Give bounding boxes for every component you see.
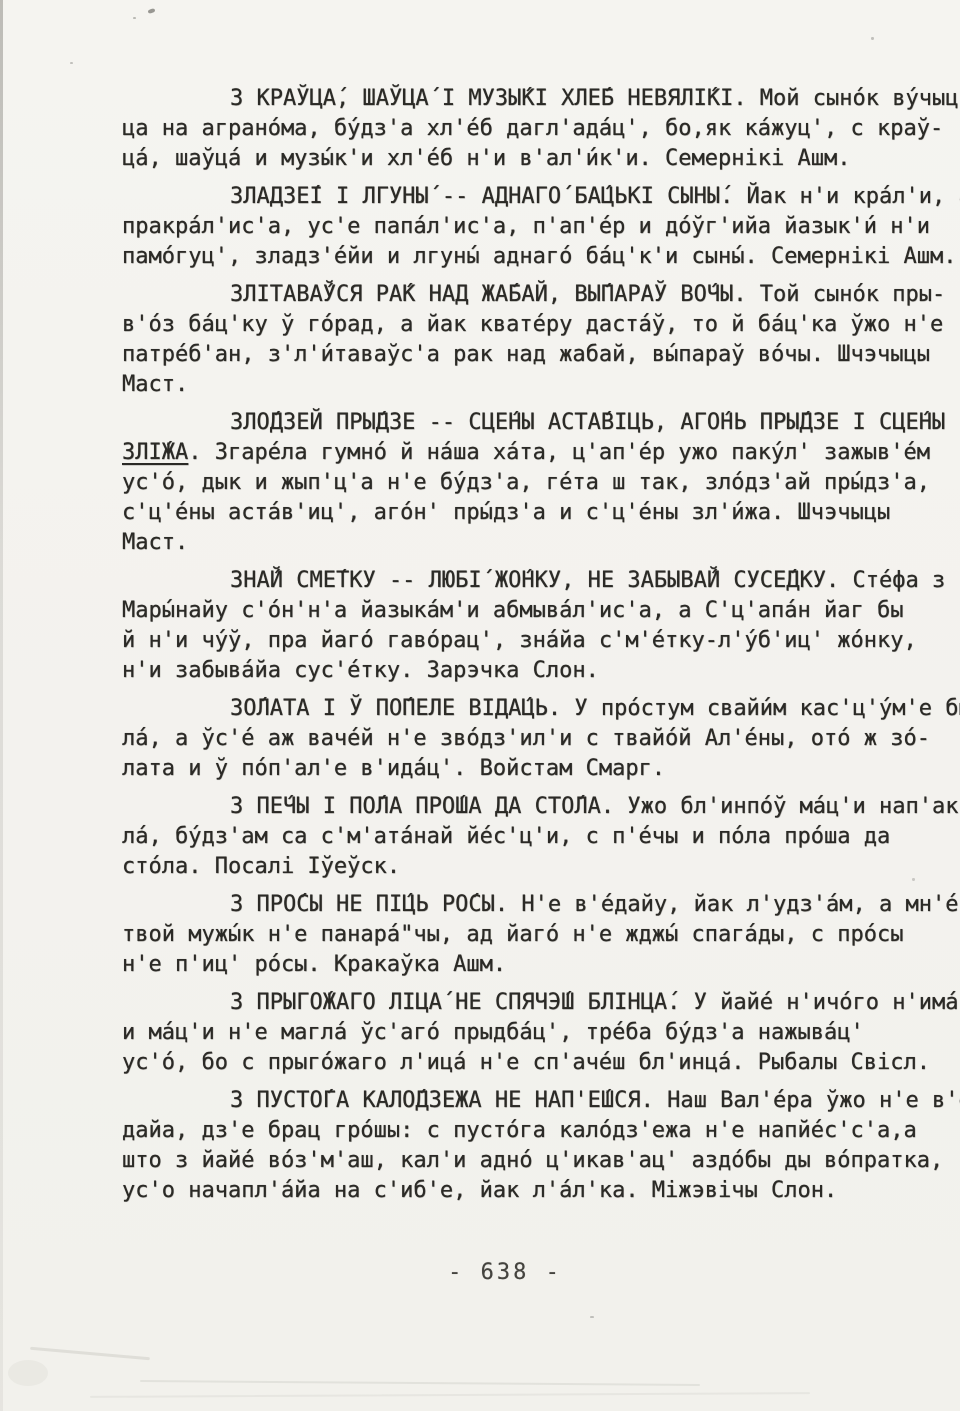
scan-smudge bbox=[90, 1392, 810, 1398]
scan-speck bbox=[70, 62, 73, 64]
text-line: ус'о́, бо с прыго́жаго л'ица́ н'е сп'аче… bbox=[122, 1048, 950, 1078]
proverb-entry: З ПЕ́ЧЫ І ПО́ЛА ПРО́ША ДА СТО́ЛА. Ужо бл… bbox=[122, 792, 950, 882]
text-line: З КРАЎЦА́, ШАЎЦА́ І МУЗЫ́КІ ХЛЕ́Б НЕВЯЛІ… bbox=[122, 84, 950, 114]
text-line: Мары́найу с'о́н'н'а йазыка́м'и абмыва́л'… bbox=[122, 596, 950, 626]
proverb-entry: ЗЛІТАВА́ЎСЯ РА́К НАД ЖА́БАЙ, ВЫ́ПАРАЎ ВО… bbox=[122, 280, 950, 400]
text-line: ЗЛАДЗЕ́І І ЛГУНЫ́ -- АДНАГО́ БА́ЦЬКІ СЫН… bbox=[122, 182, 950, 212]
scan-smudge bbox=[140, 1380, 700, 1386]
text-line: З ПУСТО́ГА КАЛО́ДЗЕЖА НЕ НАП'Е́ШСЯ. Наш … bbox=[122, 1086, 950, 1116]
text-line: н'и забыва́йа сус'е́тку. Зарэчка Слон. bbox=[122, 656, 950, 686]
scan-smudge bbox=[30, 1347, 150, 1360]
page-text: З КРАЎЦА́, ШАЎЦА́ І МУЗЫ́КІ ХЛЕ́Б НЕВЯЛІ… bbox=[122, 84, 950, 1214]
text-line: ла́, бу́дз'ам са с'м'ата́най йе́с'ц'и, с… bbox=[122, 822, 950, 852]
proverb-entry: З КРАЎЦА́, ШАЎЦА́ І МУЗЫ́КІ ХЛЕ́Б НЕВЯЛІ… bbox=[122, 84, 950, 174]
page-number: - 638 - bbox=[122, 1260, 888, 1285]
underlined-word: ЗЛІ́ЖА bbox=[122, 440, 188, 465]
text-line: с'ц'е́ны аста́в'иц', аго́н' пры́дз'а и с… bbox=[122, 498, 950, 528]
text-line: лата и ў по́п'ал'е в'ида́ц'. Войстам Сма… bbox=[122, 754, 950, 784]
text-line: Маст. bbox=[122, 370, 950, 400]
text-line: ЗНА́Й СМЕ́ТКУ -- ЛЮБІ́ ЖО́НКУ, НЕ ЗАБЫВА… bbox=[122, 566, 950, 596]
scan-speck bbox=[871, 37, 874, 40]
text-line: ЗО́ЛАТА І Ў ПО́ПЕЛЕ ВІДА́ЦЬ. У про́стум … bbox=[122, 694, 950, 724]
text-line: дайа, дз'е брац гро́шы: с пусто́га кало́… bbox=[122, 1116, 950, 1146]
text-line: пракра́л'ис'а, ус'е папа́л'ис'а, п'ап'е́… bbox=[122, 212, 950, 242]
scan-speck bbox=[148, 8, 156, 14]
text-line: ца на аграно́ма, бу́дз'а хл'е́б дагл'ада… bbox=[122, 114, 950, 144]
proverb-entry: З ПРО́СЫ НЕ ПІ́ЦЬ РО́СЫ. Н'е в'е́дайу, й… bbox=[122, 890, 950, 980]
proverb-entry: З ПУСТО́ГА КАЛО́ДЗЕЖА НЕ НАП'Е́ШСЯ. Наш … bbox=[122, 1086, 950, 1206]
proverb-entry: ЗЛО́ДЗЕЙ ПРЫ́ДЗЕ -- СЦЕ́НЫ АСТА́ВІЦЬ, АГ… bbox=[122, 408, 950, 558]
text-line: патре́б'ан, з'л'и́таваўс'а рак над жабай… bbox=[122, 340, 950, 370]
text-line: твой мужы́к н'е панара́"чы, ад йаго́ н'е… bbox=[122, 920, 950, 950]
text-line: ус'о начапл'а́йа на с'иб'е, йак л'а́л'ка… bbox=[122, 1176, 950, 1206]
text-line: в'о́з ба́ц'ку ў го́рад, а йак квате́ру д… bbox=[122, 310, 950, 340]
text-line: н'е п'иц' ро́сы. Кракаўка Ашм. bbox=[122, 950, 950, 980]
text-line: ус'о́, дык и жып'ц'а н'е бу́дз'а, ге́та … bbox=[122, 468, 950, 498]
proverb-entry: ЗЛАДЗЕ́І І ЛГУНЫ́ -- АДНАГО́ БА́ЦЬКІ СЫН… bbox=[122, 182, 950, 272]
scan-edge-artifact bbox=[0, 0, 3, 1411]
proverb-entry: ЗО́ЛАТА І Ў ПО́ПЕЛЕ ВІДА́ЦЬ. У про́стум … bbox=[122, 694, 950, 784]
text-line: што з йайе́ во́з'м'аш, кал'и адно́ ц'ика… bbox=[122, 1146, 950, 1176]
text-line: ца́, шаўца́ и музы́к'и хл'е́б н'и в'ал'и… bbox=[122, 144, 950, 174]
scan-speck bbox=[133, 17, 136, 19]
text-line: З ПЕ́ЧЫ І ПО́ЛА ПРО́ША ДА СТО́ЛА. Ужо бл… bbox=[122, 792, 950, 822]
scanned-document-page: З КРАЎЦА́, ШАЎЦА́ І МУЗЫ́КІ ХЛЕ́Б НЕВЯЛІ… bbox=[0, 0, 960, 1411]
text-line: Маст. bbox=[122, 528, 950, 558]
text-line: ЗЛО́ДЗЕЙ ПРЫ́ДЗЕ -- СЦЕ́НЫ АСТА́ВІЦЬ, АГ… bbox=[122, 408, 950, 438]
text-line: памо́гуц', зладз'е́йи и лгуны́ аднаго́ б… bbox=[122, 242, 950, 272]
scan-smudge bbox=[8, 1360, 48, 1386]
scan-speck bbox=[590, 1316, 594, 1318]
text-line: сто́ла. Посалі Іўеўск. bbox=[122, 852, 950, 882]
text-line: ЗЛІ́ЖА. Згаре́ла гумно́ й на́ша ха́та, ц… bbox=[122, 438, 950, 468]
proverb-entry: ЗНА́Й СМЕ́ТКУ -- ЛЮБІ́ ЖО́НКУ, НЕ ЗАБЫВА… bbox=[122, 566, 950, 686]
text-line: и ма́ц'и н'е магла́ ўс'аго́ прыдба́ц', т… bbox=[122, 1018, 950, 1048]
text-line: ла́, а ўс'е́ аж ваче́й н'е зво́дз'ил'и с… bbox=[122, 724, 950, 754]
text-line: З ПРО́СЫ НЕ ПІ́ЦЬ РО́СЫ. Н'е в'е́дайу, й… bbox=[122, 890, 950, 920]
proverb-entry: З ПРЫГО́ЖАГО ЛІЦА́ НЕ СПЯЧЭ́Ш БЛІНЦА́. У… bbox=[122, 988, 950, 1078]
text-line: й н'и чу́ў, пра йаго́ гаво́рац', зна́йа … bbox=[122, 626, 950, 656]
text-line: ЗЛІТАВА́ЎСЯ РА́К НАД ЖА́БАЙ, ВЫ́ПАРАЎ ВО… bbox=[122, 280, 950, 310]
text-line: З ПРЫГО́ЖАГО ЛІЦА́ НЕ СПЯЧЭ́Ш БЛІНЦА́. У… bbox=[122, 988, 950, 1018]
